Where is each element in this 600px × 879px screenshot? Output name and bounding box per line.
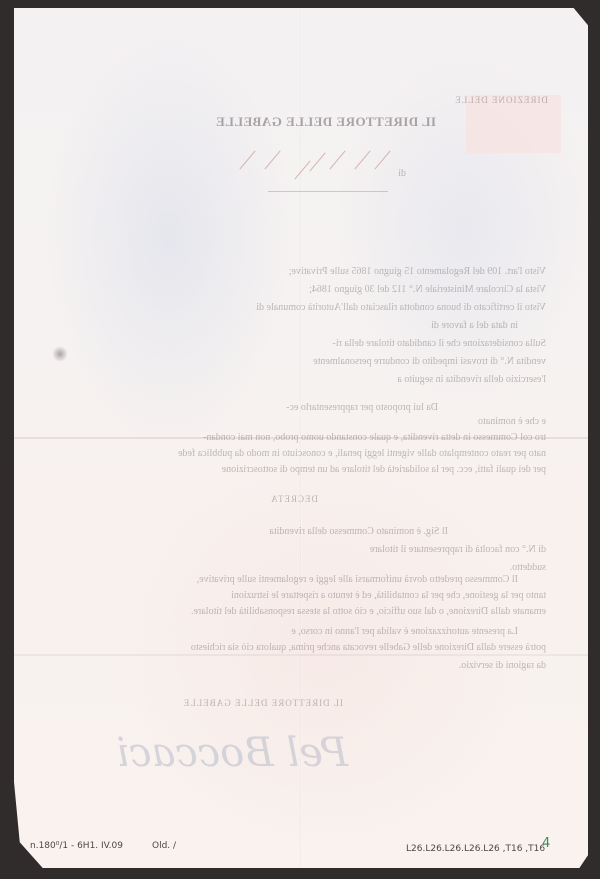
archive-reference: n.180⁰/1 - 6H1. IV.09 — [30, 841, 123, 851]
signature: Pel Boccaci — [116, 730, 348, 776]
document-sheet: DIREZIONE DELLE IL DIRETTORE DELLE GABEL… — [14, 8, 588, 868]
decree-line: Il Sig. è nominato Commesso della rivend… — [269, 526, 448, 537]
page-number: 4 — [542, 836, 550, 851]
archive-note: Old. / — [152, 841, 176, 851]
document-heading: IL DIRETTORE DELLE GABELLE — [216, 114, 436, 130]
decree-line: La presente autorizzazione è valida per … — [291, 626, 518, 637]
body-line: per dei quali fatti, ecc. per la solidar… — [222, 464, 546, 475]
heading-sub: di — [398, 168, 406, 179]
decree-heading: DECRETA — [270, 494, 318, 504]
body-line: vendita N.° di trovasi impedito di condu… — [313, 356, 546, 367]
body-line: e che è nominato — [478, 416, 546, 427]
decree-line: Il Commesso predetto dovrà uniformarsi a… — [197, 574, 518, 585]
decree-line: potrà essere dalla Direzione delle Gabel… — [191, 642, 546, 653]
body-line: Visto il certificato di buona condotta r… — [256, 302, 546, 313]
decree-line: di N.° con facoltà di rappresentare il t… — [370, 544, 546, 555]
decree-line: da ragioni di servizio. — [459, 660, 546, 671]
decree-line: emanate dalla Direzione, o dal suo uffic… — [191, 606, 546, 617]
archive-codes: L26.L26.L26.L26.L26 ,T16 ,T16 — [406, 844, 545, 854]
body-line: l'esercizio della rivendita in seguito a — [397, 374, 546, 385]
signature-title: IL DIRETTORE DELLE GABELLE — [183, 698, 343, 708]
decree-line: suddetto. — [510, 562, 546, 573]
body-line: Visto l'art. 109 del Regolamento 15 giug… — [289, 266, 546, 277]
bleed-through-text-layer: DIREZIONE DELLE IL DIRETTORE DELLE GABEL… — [14, 8, 588, 868]
body-line: nato per reato contemplato dalle vigenti… — [178, 448, 546, 459]
body-line: Da lui proposto per rappresentarlo ec- — [286, 402, 438, 413]
top-label: DIREZIONE DELLE — [454, 95, 548, 105]
body-line: in data del a favore di — [431, 320, 518, 331]
body-line: tro col Commesso in detta rivendita, e q… — [203, 432, 546, 443]
body-line: Vista la Circolare Ministeriale N.° 112 … — [309, 284, 546, 295]
decree-line: tanto per la gestione, che per la contab… — [231, 590, 546, 601]
body-line: Sulla considerazione che il candidato ti… — [332, 338, 546, 349]
